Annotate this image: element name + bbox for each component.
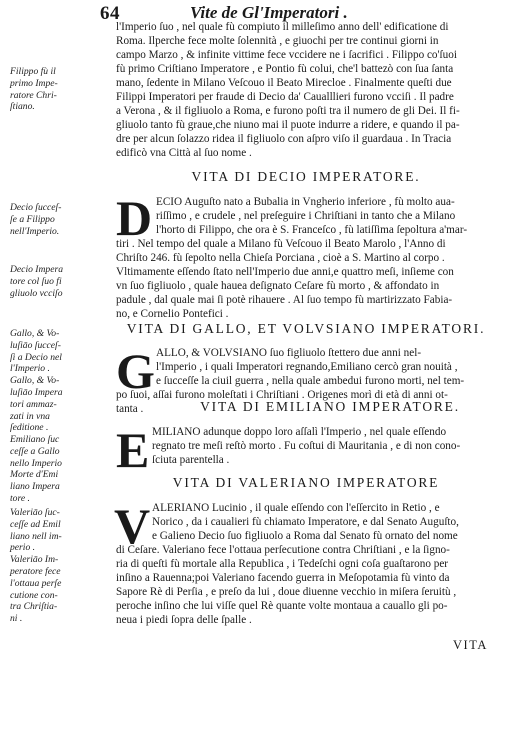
margin-note-line: tore . (10, 493, 110, 505)
section-heading: VITA DI EMILIANO IMPERATORE. (160, 400, 500, 415)
margin-note-line: Morte d'Emi (10, 469, 110, 481)
margin-note-line: tra Chriſtia- (10, 601, 110, 613)
margin-note-line: perio . (10, 542, 110, 554)
margin-note-line: Decio Impera (10, 264, 110, 276)
margin-note-line: Valeriāo ſuc- (10, 507, 110, 519)
text-line: vn ſuo figliuolo , quale haueа deſignato… (116, 279, 496, 294)
text-line: Roma. Ilperche fece molte ſolennità , e … (116, 34, 496, 49)
margin-note-gallo: Gallo, & Vo- luſiāo ſucceſ- ſi a Decio n… (10, 328, 110, 434)
text-line: riſſimo , e crudele , nel preſeguire i C… (156, 209, 496, 224)
margin-note-line: Filippo fù il (10, 66, 110, 78)
text-line: Sapore Rè di Perſia , e preſo da lui , d… (116, 585, 496, 600)
text-line: tiri . Nel tempo del quale a Milano fù V… (116, 237, 496, 252)
text-line: ALERIANO Lucinio , il quale eſſendo con … (152, 501, 496, 516)
margin-note-line: Valeriāo Im- (10, 554, 110, 566)
margin-note-line: luſiāo ſucceſ- (10, 340, 110, 352)
text-line: fù primo Criſtiano Imperatore , e Pontio… (116, 62, 496, 77)
margin-note-line: ni . (10, 613, 110, 625)
text-line: a Verona , & il figliuolo a Roma, e furo… (116, 104, 496, 119)
text-line: ſciuta parentella . (152, 453, 496, 468)
section-heading: VITA DI DECIO IMPERATORE. (116, 170, 496, 185)
text-line: neua i piedi ſopra delle ſpalle . (116, 613, 496, 628)
margin-note-line: ſeditione . (10, 422, 110, 434)
text-line: campo Marzo , & infinite vittime fece vc… (116, 48, 496, 63)
text-line: dre per alcun ſolazzo ridea il figliuolo… (116, 132, 496, 147)
text-line: mano, ſedente in Milano Veſcouo il Beato… (116, 76, 496, 91)
text-line: Vltimamente eſſendo ſtato nell'Imperio d… (116, 265, 496, 280)
margin-note-line: l'Imperio . (10, 363, 110, 375)
text-line: inſino a Rauenna;poi Valeriano facendo g… (116, 571, 496, 586)
catchword: VITA (453, 638, 488, 653)
text-line: di Ceſare. Valeriano fece l'ottaua perſe… (116, 543, 496, 558)
margin-note-line: liano nell im- (10, 531, 110, 543)
drop-cap: V (114, 504, 150, 548)
margin-note-line: ſtiano. (10, 101, 110, 113)
margin-note-line: tore col ſuo fi (10, 276, 110, 288)
text-line: e Galieno Decio ſuo figliuolo a Roma dal… (152, 529, 496, 544)
text-line: edificò vna Città al ſuo nome . (116, 146, 496, 161)
text-line: MILIANO adunque doppo loro aſſalì l'Impe… (152, 425, 496, 440)
margin-note-line: ſi a Decio nel (10, 352, 110, 364)
margin-note-line: Emiliano ſuc (10, 434, 110, 446)
margin-note-valeriano: Valeriāo ſuc- ceſſe ad Emil liano nell i… (10, 507, 110, 625)
book-page: 64 Vite de Gl'Imperatori . l'Imperio ſuo… (0, 0, 515, 750)
margin-note-filippo: Filippo fù il primo Impe- ratore Chri- ſ… (10, 66, 110, 113)
margin-note-line: gliuolo vcciſo (10, 288, 110, 300)
drop-cap: D (116, 196, 152, 240)
margin-note-line: ceſſe a Gallo (10, 446, 110, 458)
text-line: Norico , da i caualieri fù chiamato Impe… (152, 515, 496, 530)
margin-note-line: tori ammaz- (10, 399, 110, 411)
margin-note-line: ratore Chri- (10, 90, 110, 102)
margin-note-decio-death: Decio Impera tore col ſuo fi gliuolo vcc… (10, 264, 110, 299)
margin-note-line: nell'Imperio. (10, 226, 110, 238)
text-line: Chriſto 246. fù ſepolto nella Chieſa Por… (116, 251, 496, 266)
margin-note-line: cutione con- (10, 590, 110, 602)
margin-note-line: l'ottaua perſe (10, 578, 110, 590)
drop-cap: E (116, 428, 149, 472)
text-line: ECIO Auguſto nato a Bubalia in Vngherio … (156, 195, 496, 210)
margin-note-line: nello Imperio (10, 458, 110, 470)
margin-note-line: ceſſe ad Emil (10, 519, 110, 531)
text-line: l'Imperio ſuo , nel quale fù compiuto il… (116, 20, 496, 35)
margin-note-line: Gallo, & Vo- (10, 328, 110, 340)
text-line: ALLO, & VOLVSIANO ſuo figliuolo ſtettero… (156, 346, 496, 361)
text-line: l'Imperio , i quali Imperatori regnando,… (156, 360, 496, 375)
margin-note-line: zati in vna (10, 411, 110, 423)
margin-note-line: liano Impera (10, 481, 110, 493)
text-line: l'horto di Filippo, che ora è S. Franceſ… (156, 223, 496, 238)
text-line: regnato tre meſi reſtò morto . Fu coſtui… (152, 439, 496, 454)
margin-note-emiliano: Emiliano ſuc ceſſe a Gallo nello Imperio… (10, 434, 110, 505)
section-heading: VITA DI GALLO, ET VOLVSIANO IMPERATORI. (116, 322, 496, 337)
drop-cap: G (116, 349, 155, 393)
margin-note-line: ſe a Filippo (10, 214, 110, 226)
margin-note-line: Gallo, & Vo- (10, 375, 110, 387)
text-line: no, e Cornelio Pontefici . (116, 307, 496, 322)
margin-note-line: Decio ſucceſ- (10, 202, 110, 214)
text-line: ria di queſti fù mortale alla Republica … (116, 557, 496, 572)
text-line: gliuolo tanto fù graue,che niuno mai il … (116, 118, 496, 133)
text-line: Filippi Imperatori per fraude di Decio d… (116, 90, 496, 105)
text-line: e ſucceſſe la ciuil guerra , nella quale… (156, 374, 496, 389)
margin-note-line: primo Impe- (10, 78, 110, 90)
section-heading: VITA DI VALERIANO IMPERATORE (116, 476, 496, 491)
margin-note-decio-succession: Decio ſucceſ- ſe a Filippo nell'Imperio. (10, 202, 110, 237)
text-line: padule , dal quale mai ſi potè rihauere … (116, 293, 496, 308)
margin-note-line: peratore fece (10, 566, 110, 578)
text-line: peroche inſino che lui viſſe quel Rè qua… (116, 599, 496, 614)
margin-note-line: luſiāo Impera (10, 387, 110, 399)
